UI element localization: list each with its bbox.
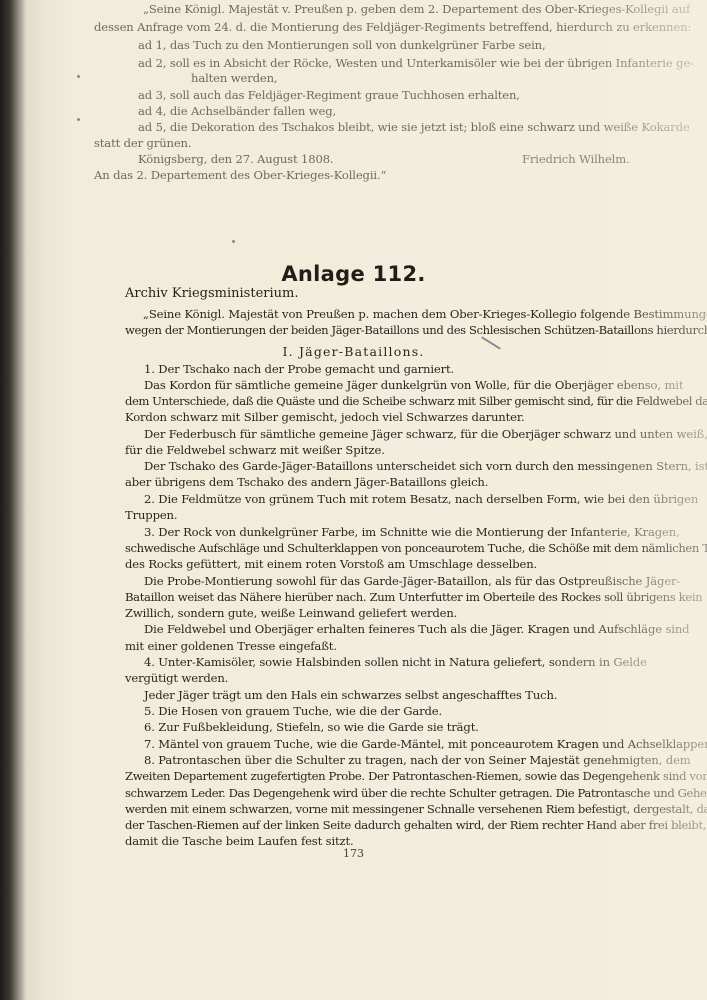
text-line: der Taschen-Riemen auf der linken Seite … [125,818,706,833]
text-line: 1. Der Tschako nach der Probe gemacht un… [144,362,454,377]
text-line: 5. Die Hosen von grauem Tuche, wie die d… [144,704,442,719]
text-line: aber übrigens dem Tschako des andern Jäg… [125,475,488,490]
text-line: schwedische Aufschläge und Schulterklapp… [125,541,707,556]
text-line: „Seine Königl. Majestät v. Preußen p. ge… [143,2,690,17]
text-line: Der Tschako des Garde-Jäger-Bataillons u… [144,459,707,474]
text-line: Kordon schwarz mit Silber gemischt, jedo… [125,410,524,425]
text-line: 4. Unter-Kamisöler, sowie Halsbinden sol… [144,655,647,670]
page-heading: Anlage 112. [0,262,707,286]
text-line: 7. Mäntel von grauem Tuche, wie die Gard… [144,737,707,752]
page-number: 173 [0,847,707,860]
text-line: Truppen. [125,508,177,523]
text-line: ad 5, die Dekoration des Tschakos bleibt… [138,120,690,135]
speck-mark [77,118,80,121]
text-line: dessen Anfrage vom 24. d. die Montierung… [94,20,691,35]
section-title: I. Jäger-Bataillons. [0,344,707,359]
text-line: dem Unterschiede, daß die Quäste und die… [125,394,707,409]
text-line: halten werden, [191,71,277,86]
text-line: ad 2, soll es in Absicht der Röcke, West… [138,56,694,71]
text-line: ad 1, das Tuch zu den Montierungen soll … [138,38,546,53]
text-line: des Rocks gefüttert, mit einem roten Vor… [125,557,537,572]
text-line: ad 4, die Achselbänder fallen weg, [138,104,336,119]
text-line: statt der grünen. [94,136,191,151]
text-line: Die Probe-Montierung sowohl für das Gard… [144,574,680,589]
archive-source: Archiv Kriegsministerium. [125,286,298,301]
text-line: Zwillich, sondern gute, weiße Leinwand g… [125,606,457,621]
text-line: für die Feldwebel schwarz mit weißer Spi… [125,443,385,458]
text-line: 8. Patrontaschen über die Schulter zu tr… [144,753,691,768]
text-line: Der Federbusch für sämtliche gemeine Jäg… [144,427,707,442]
place-date: Königsberg, den 27. August 1808. [138,152,333,167]
text-line: wegen der Montierungen der beiden Jäger-… [125,323,707,338]
text-line: ad 3, soll auch das Feldjäger-Regiment g… [138,88,520,103]
signature: Friedrich Wilhelm. [522,152,630,167]
text-line: vergütigt werden. [125,671,228,686]
text-line: mit einer goldenen Tresse eingefaßt. [125,639,337,654]
text-line: Zweiten Departement zugefertigten Probe.… [125,769,707,784]
text-line: werden mit einem schwarzen, vorne mit me… [125,802,707,817]
text-line: 2. Die Feldmütze von grünem Tuch mit rot… [144,492,698,507]
text-line: Die Feldwebel und Oberjäger erhalten fei… [144,622,689,637]
text-line: Das Kordon für sämtliche gemeine Jäger d… [144,378,683,393]
speck-mark [232,240,235,243]
text-line: 3. Der Rock von dunkelgrüner Farbe, im S… [144,525,680,540]
speck-mark [77,75,80,78]
text-line: Jeder Jäger trägt um den Hals ein schwar… [144,688,557,703]
text-line: Bataillon weiset das Nähere hierüber nac… [125,590,702,605]
text-line: schwarzem Leder. Das Degengehenk wird üb… [125,786,707,801]
text-line: „Seine Königl. Majestät von Preußen p. m… [143,307,707,322]
addressee: An das 2. Departement des Ober-Krieges-K… [94,168,386,183]
text-line: 6. Zur Fußbekleidung, Stiefeln, so wie d… [144,720,479,735]
